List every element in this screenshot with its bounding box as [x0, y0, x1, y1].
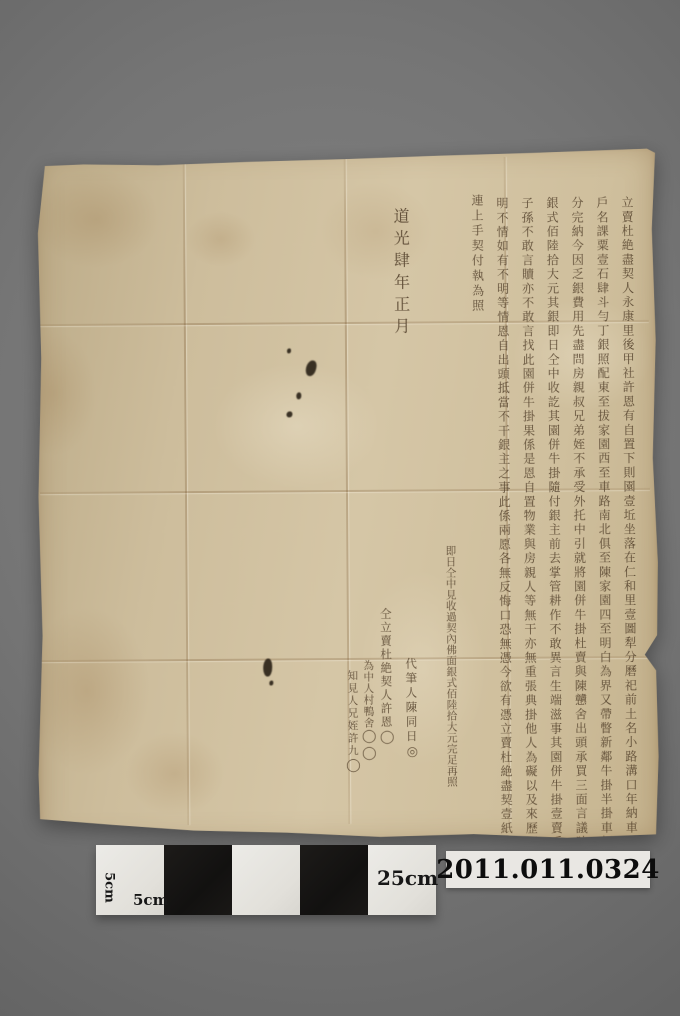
scale-label-25cm: 25cm	[377, 866, 438, 890]
scale-square-black	[164, 845, 232, 915]
scale-square-black	[300, 845, 368, 915]
scale-square-white	[232, 845, 300, 915]
paper-sheet: 立賣杜絶盡契人永康里後甲社許恩有自置下則園壹坵坐落在仁和里壹圖犁分磿祀前土名小路…	[34, 146, 661, 844]
scale-label-5cm-vertical: 5cm	[102, 865, 117, 911]
catalog-number-label: 2011.011.0324	[446, 851, 650, 888]
manuscript-document: 立賣杜絶盡契人永康里後甲社許恩有自置下則園壹坵坐落在仁和里壹圖犁分磿祀前土名小路…	[34, 146, 661, 844]
scale-label-5cm: 5cm	[133, 891, 168, 909]
photo-backdrop: 立賣杜絶盡契人永康里後甲社許恩有自置下則園壹坵坐落在仁和里壹圖犁分磿祀前土名小路…	[0, 0, 680, 1016]
paper-edge-shading	[34, 146, 661, 844]
